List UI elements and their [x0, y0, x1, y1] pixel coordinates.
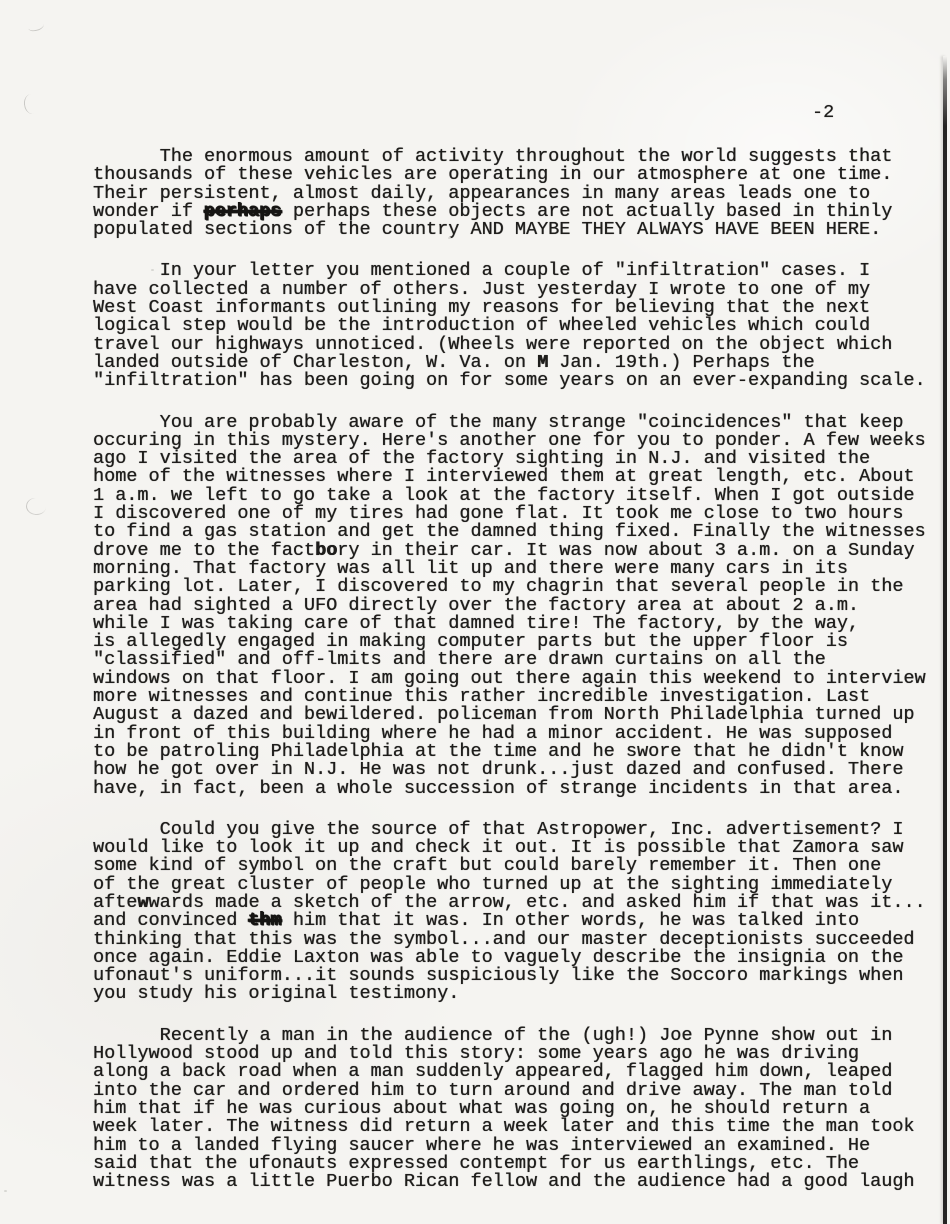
text-line: and convinced thm him that it was. In ot…	[93, 912, 950, 930]
text-line: week later. The witness did return a wee…	[93, 1118, 950, 1136]
paper-speck	[4, 1190, 7, 1192]
text-line: August a dazed and bewildered. policeman…	[93, 706, 950, 724]
paragraph: You are probably aware of the many stran…	[93, 414, 950, 798]
scan-edge-line	[943, 56, 947, 1224]
paper-speck	[151, 269, 154, 271]
pencil-mark	[25, 497, 47, 516]
text-line: logical step would be the introduction o…	[93, 317, 950, 335]
paragraph: In your letter you mentioned a couple of…	[93, 262, 950, 390]
paragraph: The enormous amount of activity througho…	[93, 148, 950, 239]
text-line: parking lot. Later, I discovered to my c…	[93, 578, 950, 596]
pencil-mark	[27, 20, 44, 32]
text-line: "classified" and off-lmits and there are…	[93, 651, 950, 669]
text-line: "infiltration" has been going on for som…	[93, 372, 950, 390]
text-line: how he got over in N.J. He was not drunk…	[93, 761, 950, 779]
paragraph: Recently a man in the audience of the (u…	[93, 1027, 950, 1192]
text-line: home of the witnesses where I interviewe…	[93, 468, 950, 486]
text-line: you study his original testimony.	[93, 985, 950, 1003]
letter-body: The enormous amount of activity througho…	[93, 148, 950, 1214]
text-line: to find a gas station and get the damned…	[93, 523, 950, 541]
text-line: have, in fact, been a whole succession o…	[93, 780, 950, 798]
page-number: -2	[812, 104, 834, 122]
text-line: thousands of these vehicles are operatin…	[93, 166, 950, 184]
text-line: witness was a little Puerbo Rican fellow…	[93, 1173, 950, 1191]
text-line: some kind of symbol on the craft but cou…	[93, 857, 950, 875]
paragraph: Could you give the source of that Astrop…	[93, 821, 950, 1004]
document-page: -2 The enormous amount of activity throu…	[0, 0, 950, 1224]
pencil-mark	[23, 93, 42, 115]
text-line: populated sections of the country AND MA…	[93, 221, 950, 239]
text-line: along a back road when a man suddenly ap…	[93, 1063, 950, 1081]
paper-speck	[448, 237, 451, 239]
